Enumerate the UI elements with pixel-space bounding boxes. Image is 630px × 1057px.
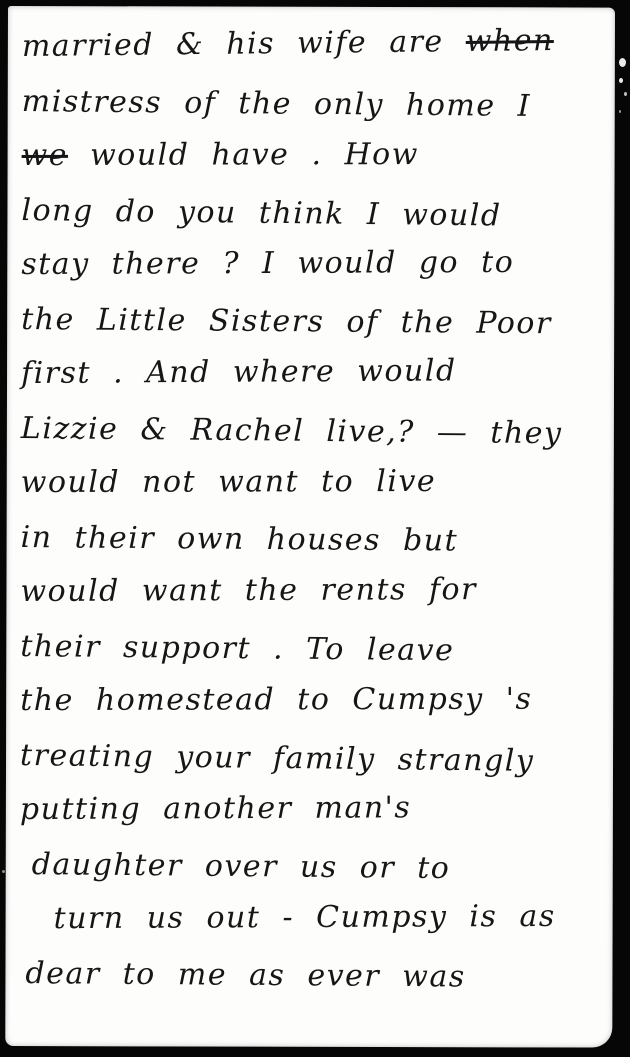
handwriting-line: in their own houses but	[20, 511, 607, 570]
handwriting-segment: putting another man's	[20, 790, 412, 827]
scan-noise-speck	[2, 870, 5, 873]
handwriting-line: daughter over us or to	[31, 838, 606, 898]
crossed-out-word: we	[22, 138, 69, 173]
handwriting-line: turn us out - Cumpsy is as	[53, 890, 606, 947]
scan-noise-speck	[624, 92, 627, 96]
handwriting-segment: mistress of the only home I	[22, 84, 532, 124]
handwriting-segment: in their own houses but	[20, 520, 458, 558]
handwriting-segment: daughter over us or to	[32, 847, 451, 886]
handwriting-segment: treating your family strangly	[20, 738, 535, 779]
handwriting-segment: would want the rents for	[20, 572, 477, 609]
handwriting-segment: dear to me as ever was	[25, 956, 465, 994]
handwriting-segment: Lizzie & Rachel live,? — they	[21, 411, 563, 451]
handwriting-line: we would have . How	[22, 127, 609, 183]
handwriting-line: the Little Sisters of the Poor	[21, 293, 608, 352]
handwriting-line: Lizzie & Rachel live,? — they	[21, 402, 608, 462]
handwriting-line: the homestead to Cumpsy 's	[20, 672, 607, 728]
handwriting-segment: stay there ? I would go to	[21, 245, 514, 282]
handwriting-line: mistress of the only home I	[21, 75, 608, 135]
handwriting-line: married & his wife are when	[22, 13, 610, 74]
handwriting-segment: the Little Sisters of the Poor	[21, 302, 552, 341]
scan-noise-speck	[619, 58, 626, 67]
handwriting-line: would want the rents for	[20, 562, 607, 619]
letter-page: married & his wife are whenmistress of t…	[5, 6, 615, 1048]
handwriting-segment: married & his wife are	[22, 24, 466, 64]
handwriting-line: dear to me as ever was	[25, 947, 606, 1006]
scan-noise-speck	[619, 78, 623, 83]
handwriting-segment: would not want to live	[21, 464, 436, 500]
handwriting-line: putting another man's	[20, 780, 607, 837]
handwriting-segment: first . And where would	[21, 353, 457, 391]
handwriting-segment: would have . How	[68, 137, 419, 173]
handwriting-line: would not want to live	[21, 454, 608, 510]
handwriting-segment: turn us out - Cumpsy is as	[54, 899, 556, 936]
handwriting-segment: the homestead to Cumpsy 's	[20, 682, 532, 718]
handwriting-line: their support . To leave	[20, 620, 607, 680]
handwriting-line: stay there ? I would go to	[21, 235, 608, 292]
handwriting-segment: long do you think I would	[21, 193, 502, 233]
scan-background: married & his wife are whenmistress of t…	[0, 0, 630, 1057]
scan-noise-speck	[619, 110, 621, 113]
handwriting-line: first . And where would	[21, 343, 608, 401]
handwriting-segment: their support . To leave	[20, 629, 454, 668]
crossed-out-word: when	[466, 23, 554, 59]
handwriting-lines: married & his wife are whenmistress of t…	[19, 20, 609, 1003]
